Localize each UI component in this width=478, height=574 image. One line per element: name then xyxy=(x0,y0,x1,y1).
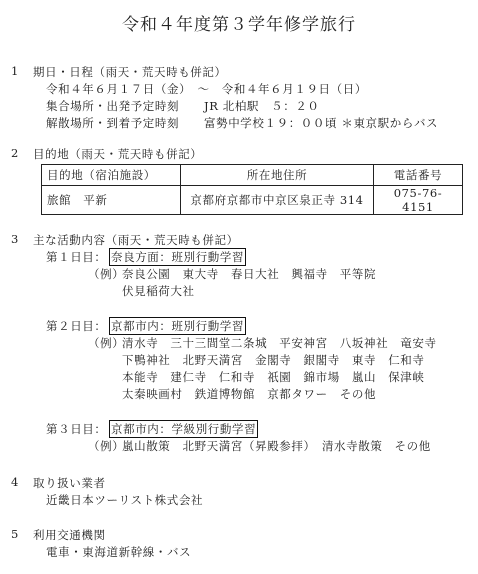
section-3-heading: 主な活動内容（雨天・荒天時も併記） xyxy=(33,232,239,248)
section-1-heading: 期日・日程（雨天・荒天時も併記） xyxy=(33,64,227,80)
section-3-number: 3 xyxy=(11,232,19,246)
cell-phone: 075-76-4151 xyxy=(374,186,463,215)
section-1-number: 1 xyxy=(11,64,19,78)
transportation: 電車・東海道新幹線・バス xyxy=(46,544,191,560)
day-2-example-prefix: （例） xyxy=(88,335,124,351)
day-2-label: 第２日目： xyxy=(46,318,107,334)
day-1-example-line: 奈良公園 東大寺 春日大社 興福寺 平等院 xyxy=(122,266,376,282)
section-2-heading: 目的地（雨天・荒天時も併記） xyxy=(33,146,202,162)
day-3-label: 第３日目： xyxy=(46,421,107,437)
section-5-number: 5 xyxy=(11,527,19,541)
cell-destination: 旅館 平新 xyxy=(42,186,181,215)
departure-label: 集合場所・出発予定時刻 xyxy=(46,98,179,114)
day-2-example-line: 下鴨神社 北野天満宮 金閣寺 銀閣寺 東寺 仁和寺 xyxy=(122,352,425,368)
day-3-activity: 京都市内：学級別行動学習 xyxy=(109,420,258,438)
day-2-activity: 京都市内：班別行動学習 xyxy=(109,317,246,335)
section-5-heading: 利用交通機関 xyxy=(33,527,106,543)
column-header-address: 所在地住所 xyxy=(181,165,374,186)
column-header-phone: 電話番号 xyxy=(374,165,463,186)
return-value: 富勢中学校１９：００頃 ＊東京駅からバス xyxy=(204,115,438,131)
section-2-number: 2 xyxy=(11,146,19,160)
table-row: 旅館 平新 京都府京都市中京区泉正寺 314 075-76-4151 xyxy=(42,186,463,215)
day-1-label: 第１日目： xyxy=(46,249,107,265)
departure-value: JR 北柏駅 ５：２０ xyxy=(204,98,320,114)
day-1-activity: 奈良方面：班別行動学習 xyxy=(109,248,246,266)
day-3-example-prefix: （例） xyxy=(88,438,124,454)
cell-address: 京都府京都市中京区泉正寺 314 xyxy=(181,186,374,215)
day-2-example-line: 本能寺 建仁寺 仁和寺 祇園 錦市場 嵐山 保津峡 xyxy=(122,369,425,385)
day-2-example-line: 太秦映画村 鉄道博物館 京都タワー その他 xyxy=(122,386,376,402)
return-label: 解散場所・到着予定時刻 xyxy=(46,115,179,131)
travel-agency: 近畿日本ツーリスト株式会社 xyxy=(46,492,203,508)
column-header-destination: 目的地（宿泊施設） xyxy=(42,165,181,186)
destination-table: 目的地（宿泊施設） 所在地住所 電話番号 旅館 平新 京都府京都市中京区泉正寺 … xyxy=(41,164,463,215)
day-1-example-line: 伏見稲荷大社 xyxy=(122,283,195,299)
section-4-number: 4 xyxy=(11,475,19,489)
day-3-example-line: 嵐山散策 北野天満宮（昇殿参拝） 清水寺散策 その他 xyxy=(122,438,431,454)
section-4-heading: 取り扱い業者 xyxy=(33,475,106,491)
day-1-example-prefix: （例） xyxy=(88,266,124,282)
table-header-row: 目的地（宿泊施設） 所在地住所 電話番号 xyxy=(42,165,463,186)
day-2-example-line: 清水寺 三十三間堂二条城 平安神宮 八坂神社 竜安寺 xyxy=(122,335,437,351)
trip-dates: 令和４年６月１７日（金） ～ 令和４年６月１９日（日） xyxy=(46,81,367,97)
document-title: 令和４年度第３学年修学旅行 xyxy=(0,10,478,35)
